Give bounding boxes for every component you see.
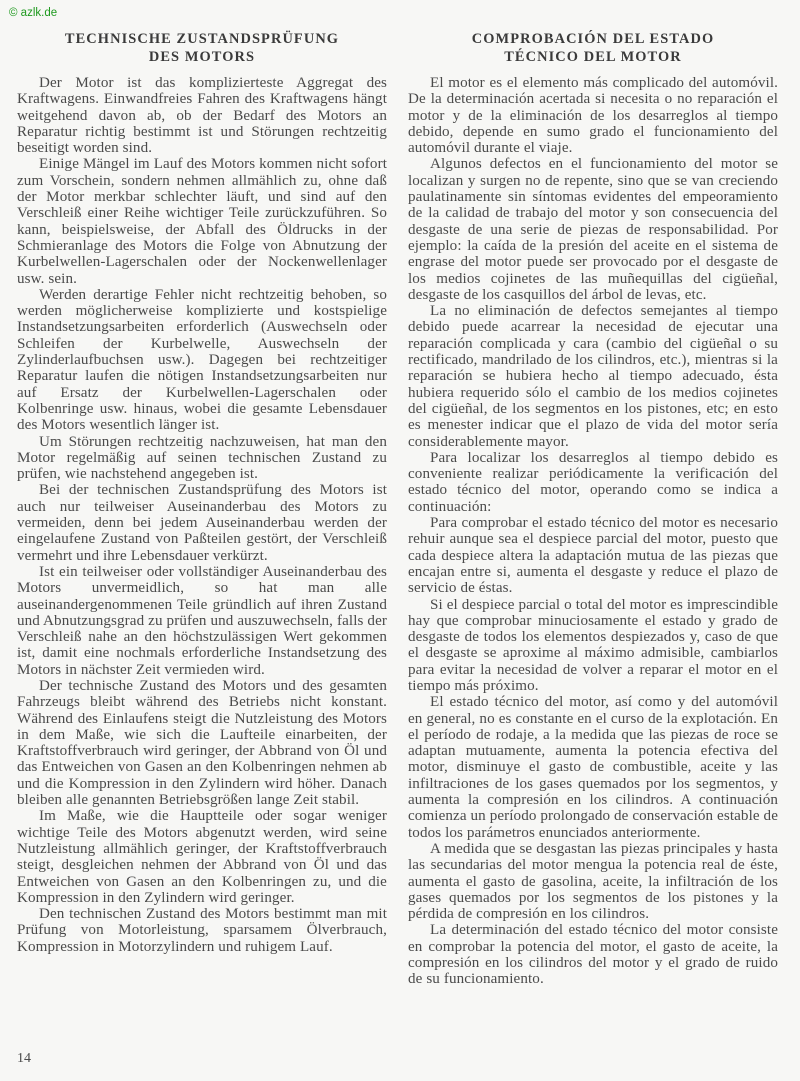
german-paragraph: Ist ein teilweiser oder vollständiger Au… xyxy=(17,564,387,678)
german-paragraph: Um Störungen rechtzeitig nachzuweisen, h… xyxy=(17,434,387,483)
spanish-section-title: COMPROBACIÓN DEL ESTADO TÉCNICO DEL MOTO… xyxy=(408,30,778,66)
spanish-title-line-1: COMPROBACIÓN DEL ESTADO xyxy=(408,30,778,48)
watermark: © azlk.de xyxy=(9,7,57,19)
german-paragraph: Der Motor ist das komplizierteste Aggreg… xyxy=(17,75,387,156)
german-title-line-2: DES MOTORS xyxy=(17,48,387,66)
spanish-paragraph: Para comprobar el estado técnico del mot… xyxy=(408,515,778,596)
spanish-paragraph: El motor es el elemento más complicado d… xyxy=(408,75,778,156)
spanish-paragraph: A medida que se desgastan las piezas pri… xyxy=(408,841,778,922)
german-title-line-1: TECHNISCHE ZUSTANDSPRÜFUNG xyxy=(17,30,387,48)
german-paragraph: Einige Mängel im Lauf des Motors kommen … xyxy=(17,156,387,286)
spanish-paragraph: La no eliminación de defectos semejantes… xyxy=(408,303,778,450)
spanish-paragraph: Para localizar los desarreglos al tiempo… xyxy=(408,450,778,515)
german-paragraph: Werden derartige Fehler nicht rechtzeiti… xyxy=(17,287,387,434)
spanish-title-line-2: TÉCNICO DEL MOTOR xyxy=(408,48,778,66)
german-column: TECHNISCHE ZUSTANDSPRÜFUNG DES MOTORS De… xyxy=(17,30,387,955)
spanish-paragraph: El estado técnico del motor, así como y … xyxy=(408,694,778,841)
german-paragraph: Der technische Zustand des Motors und de… xyxy=(17,678,387,808)
german-paragraph: Bei der technischen Zustandsprüfung des … xyxy=(17,482,387,563)
spanish-column: COMPROBACIÓN DEL ESTADO TÉCNICO DEL MOTO… xyxy=(408,30,778,988)
german-section-title: TECHNISCHE ZUSTANDSPRÜFUNG DES MOTORS xyxy=(17,30,387,66)
spanish-paragraph: Si el despiece parcial o total del motor… xyxy=(408,597,778,695)
page-number: 14 xyxy=(17,1051,31,1067)
spanish-paragraph: Algunos defectos en el funcionamiento de… xyxy=(408,156,778,303)
spanish-paragraph: La determinación del estado técnico del … xyxy=(408,922,778,987)
german-paragraph: Den technischen Zustand des Motors besti… xyxy=(17,906,387,955)
german-paragraph: Im Maße, wie die Hauptteile oder sogar w… xyxy=(17,808,387,906)
